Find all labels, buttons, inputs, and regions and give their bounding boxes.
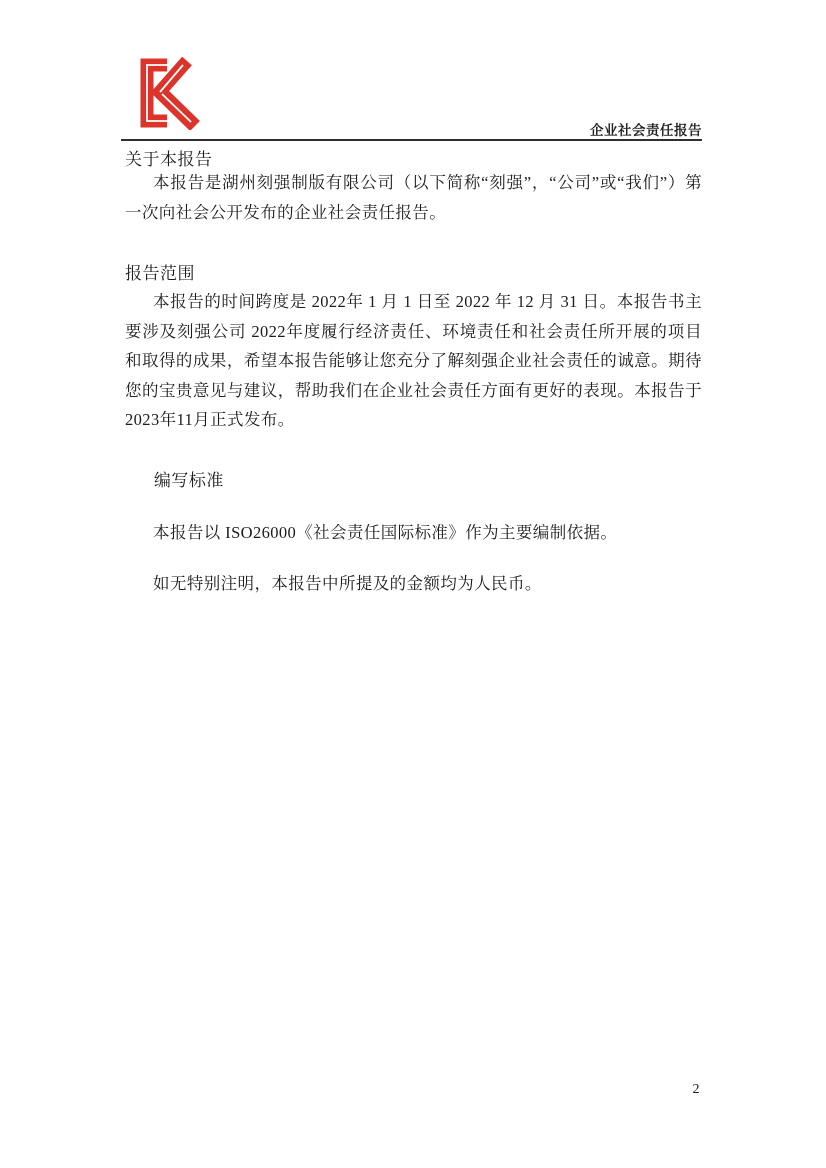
header-rule [121,139,702,141]
section-heading-scope: 报告范围 [125,259,702,284]
header-running-title: 企业社会责任报告 [125,119,702,139]
paragraph-scope: 本报告的时间跨度是 2022年 1 月 1 日至 2022 年 12 月 31 … [125,287,702,435]
paragraph-currency-note: 如无特别注明，本报告中所提及的金额均为人民币。 [125,569,702,599]
section-heading-about: 关于本报告 [125,145,702,170]
paragraph-standard-basis: 本报告以 ISO26000《社会责任国际标准》作为主要编制依据。 [125,518,702,548]
section-heading-standard: 编写标准 [125,466,702,491]
document-page: 企业社会责任报告 关于本报告 本报告是湖州刻强制版有限公司（以下简称“刻强”，“… [0,0,826,1168]
page-number: 2 [686,1082,706,1098]
paragraph-about: 本报告是湖州刻强制版有限公司（以下简称“刻强”，“公司”或“我们”）第一次向社会… [125,168,702,227]
